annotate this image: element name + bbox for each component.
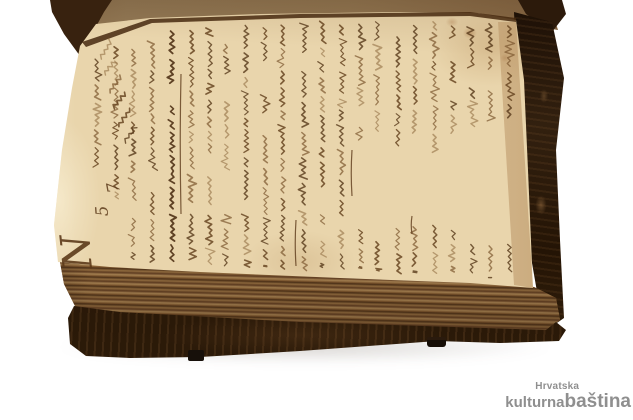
watermark: Hrvatska kulturnabaština — [505, 382, 631, 411]
watermark-line2: kulturnabaština — [505, 392, 631, 411]
photo-stage: N 5 7 Hrvatska kulturnabaština — [0, 0, 633, 420]
watermark-kulturna: kulturna — [505, 395, 564, 410]
clasp-fitting-left — [188, 350, 204, 361]
clasp-fitting-right — [427, 337, 446, 347]
watermark-bastina: baština — [564, 392, 631, 411]
